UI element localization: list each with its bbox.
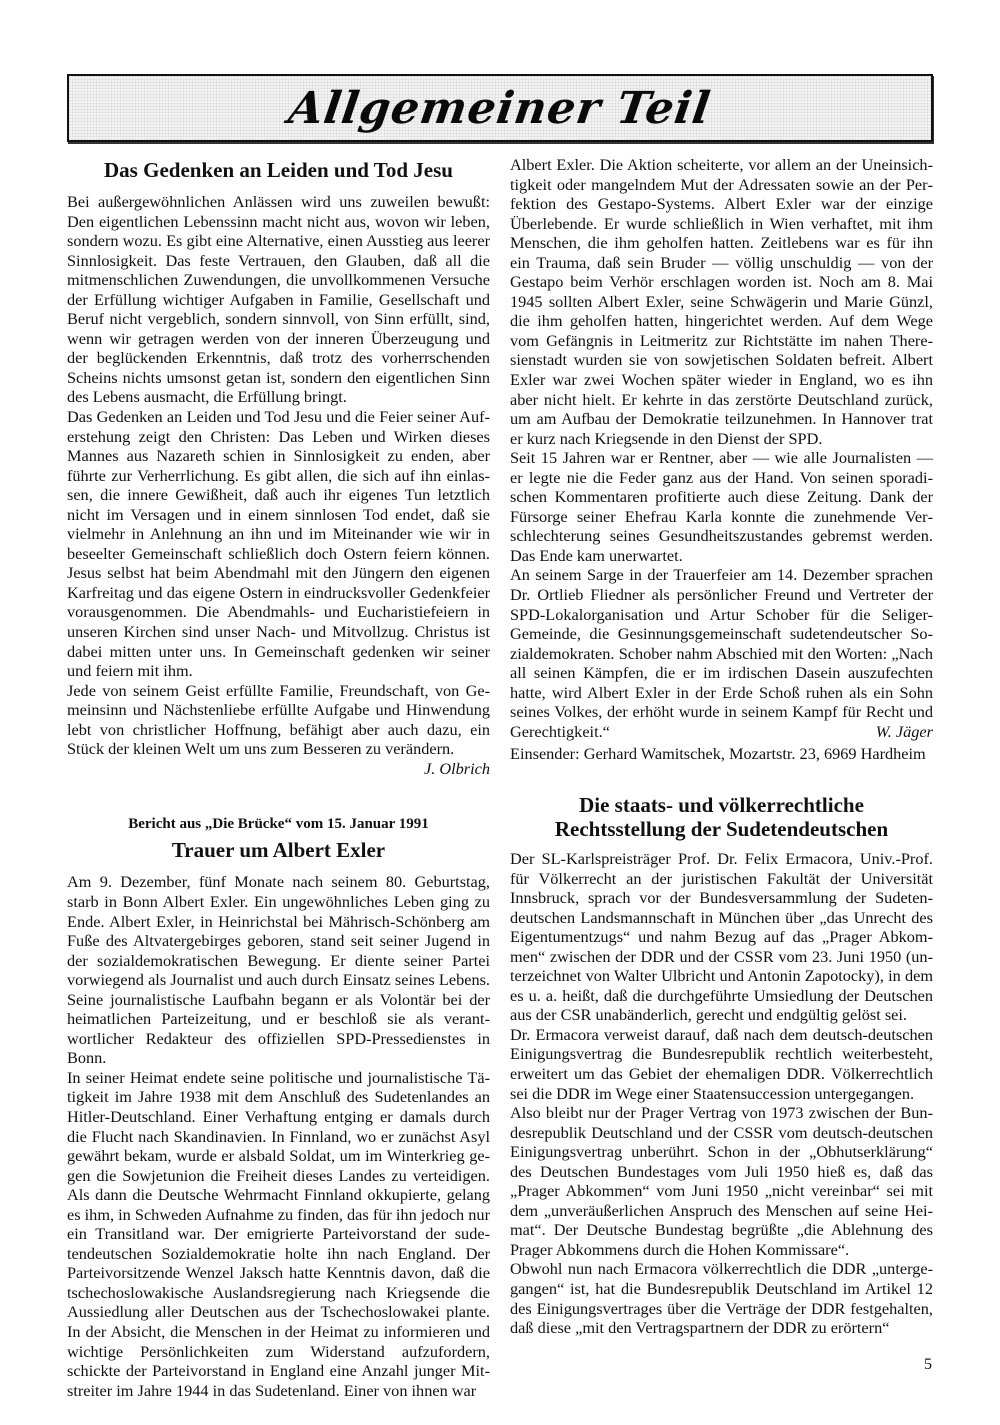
article-paragraph: Dr. Ermacora verweist darauf, daß nach d… — [510, 1025, 933, 1103]
article-spacer — [510, 764, 933, 790]
article-paragraph: An seinem Sarge in der Trauerfeier am 14… — [510, 565, 933, 741]
article-paragraph: Das Gedenken an Leiden und Tod Jesu und … — [67, 407, 490, 681]
right-column: Albert Exler. Die Aktion scheiterte, vor… — [510, 155, 933, 1338]
article-headline: Trauer um Albert Exler — [67, 838, 490, 862]
page-number: 5 — [924, 1356, 932, 1374]
article-headline: Die staats- und völkerrechtliche Rechtss… — [510, 793, 933, 841]
paragraph-text: An seinem Sarge in der Trauerfeier am 14… — [510, 565, 933, 740]
article-paragraph: Also bleibt nur der Prager Vertrag von 1… — [510, 1103, 933, 1259]
article-paragraph: Bei außergewöhnlichen Anlässen wird uns … — [67, 192, 490, 407]
article-trauer-continued: Albert Exler. Die Aktion scheiterte, vor… — [510, 155, 933, 764]
section-banner: Allgemeiner Teil — [67, 74, 933, 142]
article-paragraph: In seiner Heimat endete seine politische… — [67, 1068, 490, 1400]
article-gedenken: Das Gedenken an Leiden und Tod Jesu Bei … — [67, 158, 490, 778]
article-trauer: Bericht aus „Die Brücke“ vom 15. Januar … — [67, 814, 490, 1400]
article-headline: Das Gedenken an Leiden und Tod Jesu — [67, 158, 490, 182]
article-source-line: Bericht aus „Die Brücke“ vom 15. Januar … — [67, 814, 490, 834]
article-author: J. Olbrich — [67, 759, 490, 779]
article-paragraph: Jede von seinem Geist erfüllte Familie, … — [67, 681, 490, 759]
article-sender: Einsender: Gerhard Wamitschek, Mozartstr… — [510, 744, 933, 764]
article-spacer — [67, 778, 490, 814]
headline-line: Die staats- und völkerrechtliche — [510, 793, 933, 817]
section-title: Allgemeiner Teil — [286, 83, 714, 134]
article-author: W. Jäger — [876, 722, 933, 742]
headline-line: Rechtsstellung der Sudetendeutschen — [510, 817, 933, 841]
article-paragraph: Am 9. Dezember, fünf Monate nach seinem … — [67, 872, 490, 1067]
article-paragraph: Albert Exler. Die Aktion scheiterte, vor… — [510, 155, 933, 448]
article-paragraph: Obwohl nun nach Ermacora völkerrechtlich… — [510, 1259, 933, 1337]
article-paragraph: Der SL-Karlspreisträger Prof. Dr. Felix … — [510, 849, 933, 1025]
left-column: Das Gedenken an Leiden und Tod Jesu Bei … — [67, 155, 490, 1400]
article-rechtsstellung: Die staats- und völkerrechtliche Rechtss… — [510, 793, 933, 1338]
article-paragraph: Seit 15 Jahren war er Rentner, aber — wi… — [510, 448, 933, 565]
